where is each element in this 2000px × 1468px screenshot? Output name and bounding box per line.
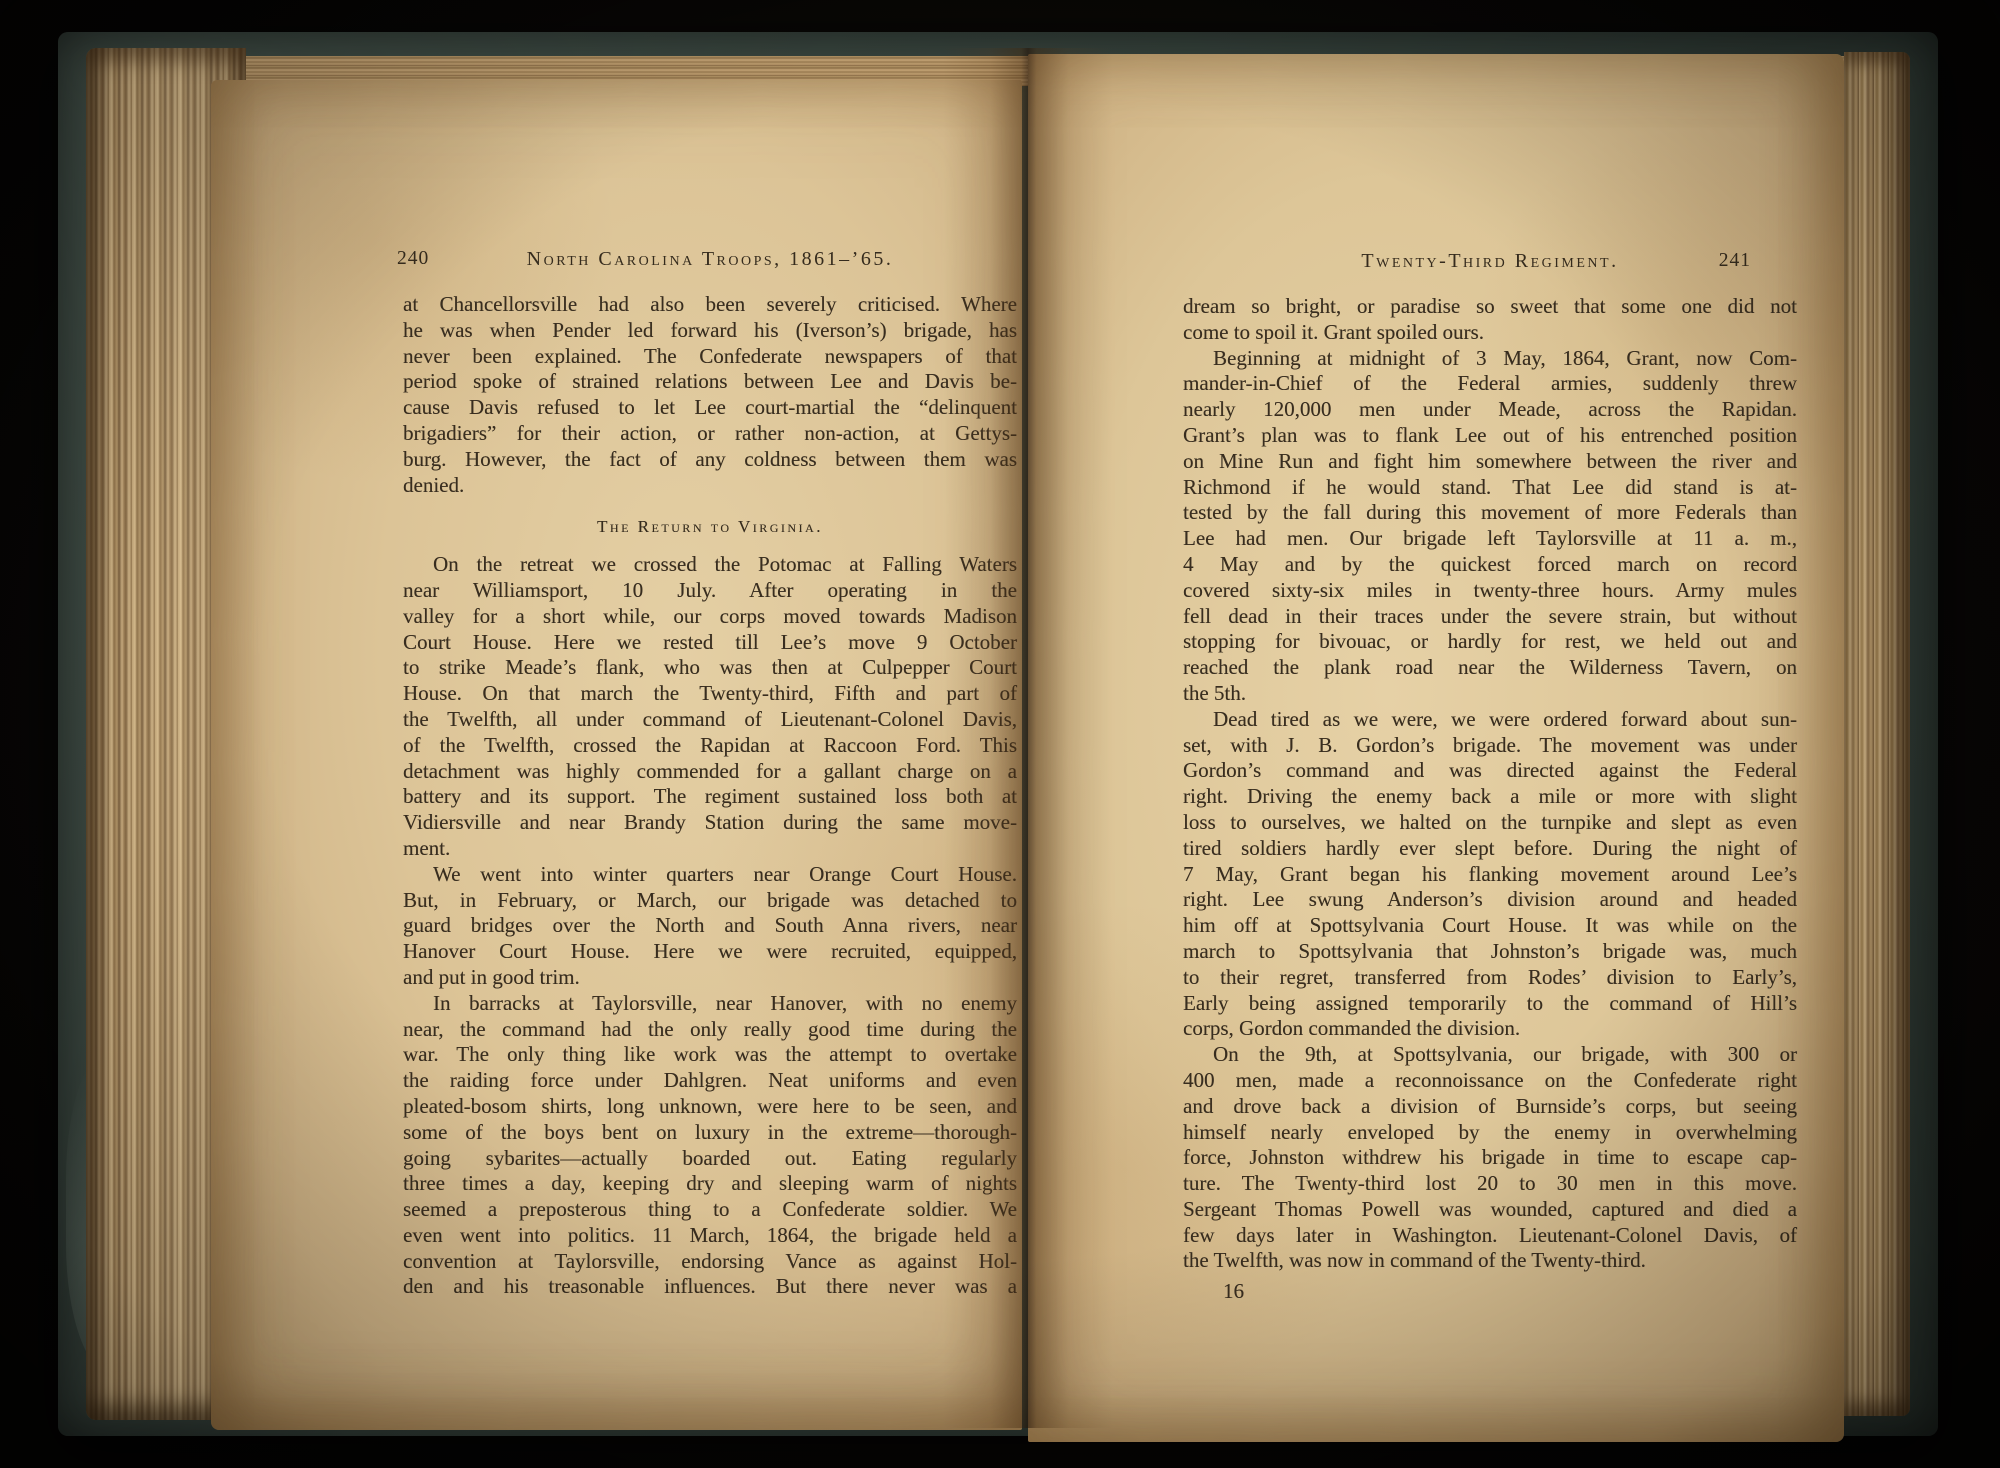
- text-line: few days later in Washington. Lieutenant…: [1183, 1223, 1797, 1249]
- text-line: stopping for bivouac, or hardly for rest…: [1183, 629, 1797, 655]
- paragraph: In barracks at Taylorsville, near Hanove…: [403, 991, 1017, 1301]
- text-line: the raiding force under Dahlgren. Neat u…: [403, 1068, 1017, 1094]
- text-line: 4 May and by the quickest forced march o…: [1183, 552, 1797, 578]
- text-line: and drove back a division of Burnside’s …: [1183, 1094, 1797, 1120]
- text-line: Lee had men. Our brigade left Taylorsvil…: [1183, 526, 1797, 552]
- page-edges-right: [1844, 52, 1910, 1416]
- text-line: Hanover Court House. Here we were recrui…: [403, 939, 1017, 965]
- text-line: cause Davis refused to let Lee court-mar…: [403, 395, 1017, 421]
- text-line: right. Driving the enemy back a mile or …: [1183, 784, 1797, 810]
- text-line: to strike Meade’s flank, who was then at…: [403, 655, 1017, 681]
- left-page-content: 240 North Carolina Troops, 1861–’65. at …: [403, 248, 1017, 1300]
- text-line: battery and its support. The regiment su…: [403, 784, 1017, 810]
- text-line: fell dead in their traces under the seve…: [1183, 604, 1797, 630]
- text-line: pleated-bosom shirts, long unknown, were…: [403, 1094, 1017, 1120]
- text-line: of the Twelfth, crossed the Rapidan at R…: [403, 733, 1017, 759]
- text-line: Court House. Here we rested till Lee’s m…: [403, 630, 1017, 656]
- text-line: We went into winter quarters near Orange…: [403, 862, 1017, 888]
- text-line: three times a day, keeping dry and sleep…: [403, 1171, 1017, 1197]
- text-line: corps, Gordon commanded the division.: [1183, 1016, 1797, 1042]
- text-line: seemed a preposterous thing to a Confede…: [403, 1197, 1017, 1223]
- text-line: brigadiers” for their action, or rather …: [403, 421, 1017, 447]
- text-line: Gordon’s command and was directed agains…: [1183, 758, 1797, 784]
- text-line: come to spoil it. Grant spoiled ours.: [1183, 320, 1797, 346]
- text-line: set, with J. B. Gordon’s brigade. The mo…: [1183, 733, 1797, 759]
- text-line: at Chancellorsville had also been severe…: [403, 292, 1017, 318]
- text-line: march to Spottsylvania that Johnston’s b…: [1183, 939, 1797, 965]
- text-line: On the retreat we crossed the Potomac at…: [403, 552, 1017, 578]
- text-line: covered sixty-six miles in twenty-three …: [1183, 578, 1797, 604]
- text-line: tired soldiers hardly ever slept before.…: [1183, 836, 1797, 862]
- left-page: 240 North Carolina Troops, 1861–’65. at …: [211, 80, 1022, 1430]
- text-line: 7 May, Grant began his flanking movement…: [1183, 862, 1797, 888]
- text-line: Dead tired as we were, we were ordered f…: [1183, 707, 1797, 733]
- text-line: mander-in-Chief of the Federal armies, s…: [1183, 371, 1797, 397]
- text-line: Early being assigned temporarily to the …: [1183, 991, 1797, 1017]
- text-line: denied.: [403, 473, 1017, 499]
- text-line: right. Lee swung Anderson’s division aro…: [1183, 887, 1797, 913]
- running-head-right: Twenty-Third Regiment. 241: [1183, 250, 1797, 280]
- book: 240 North Carolina Troops, 1861–’65. at …: [58, 32, 1938, 1436]
- text-line: nearly 120,000 men under Meade, across t…: [1183, 397, 1797, 423]
- text-line: the Twelfth, all under command of Lieute…: [403, 707, 1017, 733]
- page-number-right: 241: [1719, 250, 1751, 272]
- paragraph: We went into winter quarters near Orange…: [403, 862, 1017, 991]
- text-line: period spoke of strained relations betwe…: [403, 369, 1017, 395]
- text-line: the Twelfth, was now in command of the T…: [1183, 1248, 1797, 1274]
- section-heading: The Return to Virginia.: [403, 514, 1017, 540]
- text-line: going sybarites—actually boarded out. Ea…: [403, 1146, 1017, 1172]
- left-page-text: at Chancellorsville had also been severe…: [403, 292, 1017, 1300]
- text-line: On the 9th, at Spottsylvania, our brigad…: [1183, 1042, 1797, 1068]
- text-line: In barracks at Taylorsville, near Hanove…: [403, 991, 1017, 1017]
- text-line: the 5th.: [1183, 681, 1797, 707]
- text-line: on Mine Run and fight him somewhere betw…: [1183, 449, 1797, 475]
- text-line: guard bridges over the North and South A…: [403, 913, 1017, 939]
- paragraph: Beginning at midnight of 3 May, 1864, Gr…: [1183, 346, 1797, 707]
- text-line: loss to ourselves, we halted on the turn…: [1183, 810, 1797, 836]
- paragraph: at Chancellorsville had also been severe…: [403, 292, 1017, 498]
- running-title-right: Twenty-Third Regiment.: [1183, 250, 1797, 273]
- text-line: ture. The Twenty-third lost 20 to 30 men…: [1183, 1171, 1797, 1197]
- text-line: never been explained. The Confederate ne…: [403, 344, 1017, 370]
- right-page: Twenty-Third Regiment. 241 dream so brig…: [1028, 54, 1844, 1442]
- text-line: burg. However, the fact of any coldness …: [403, 447, 1017, 473]
- text-line: even went into politics. 11 March, 1864,…: [403, 1223, 1017, 1249]
- text-line: Richmond if he would stand. That Lee did…: [1183, 475, 1797, 501]
- text-line: convention at Taylorsville, endorsing Va…: [403, 1249, 1017, 1275]
- text-line: House. On that march the Twenty-third, F…: [403, 681, 1017, 707]
- signature-mark: 16: [1183, 1279, 1797, 1304]
- text-line: and put in good trim.: [403, 965, 1017, 991]
- text-line: detachment was highly commended for a ga…: [403, 759, 1017, 785]
- text-line: den and his treasonable influences. But …: [403, 1274, 1017, 1300]
- paragraph: dream so bright, or paradise so sweet th…: [1183, 294, 1797, 346]
- text-line: near Williamsport, 10 July. After operat…: [403, 578, 1017, 604]
- text-line: himself nearly enveloped by the enemy in…: [1183, 1120, 1797, 1146]
- photo-background: 240 North Carolina Troops, 1861–’65. at …: [0, 0, 2000, 1468]
- text-line: But, in February, or March, our brigade …: [403, 888, 1017, 914]
- paragraph: On the retreat we crossed the Potomac at…: [403, 552, 1017, 862]
- running-title-left: North Carolina Troops, 1861–’65.: [403, 248, 1017, 271]
- text-line: ment.: [403, 836, 1017, 862]
- text-line: Beginning at midnight of 3 May, 1864, Gr…: [1183, 346, 1797, 372]
- text-line: valley for a short while, our corps move…: [403, 604, 1017, 630]
- text-line: him off at Spottsylvania Court House. It…: [1183, 913, 1797, 939]
- text-line: Vidiersville and near Brandy Station dur…: [403, 810, 1017, 836]
- text-line: war. The only thing like work was the at…: [403, 1042, 1017, 1068]
- text-line: tested by the fall during this movement …: [1183, 500, 1797, 526]
- running-head-left: 240 North Carolina Troops, 1861–’65.: [403, 248, 1017, 278]
- text-line: some of the boys bent on luxury in the e…: [403, 1120, 1017, 1146]
- text-line: near, the command had the only really go…: [403, 1017, 1017, 1043]
- paragraph: Dead tired as we were, we were ordered f…: [1183, 707, 1797, 1042]
- text-line: to their regret, transferred from Rodes’…: [1183, 965, 1797, 991]
- text-line: dream so bright, or paradise so sweet th…: [1183, 294, 1797, 320]
- text-line: he was when Pender led forward his (Iver…: [403, 318, 1017, 344]
- text-line: Grant’s plan was to flank Lee out of his…: [1183, 423, 1797, 449]
- text-line: reached the plank road near the Wilderne…: [1183, 655, 1797, 681]
- text-line: 400 men, made a reconnoissance on the Co…: [1183, 1068, 1797, 1094]
- text-line: Sergeant Thomas Powell was wounded, capt…: [1183, 1197, 1797, 1223]
- paragraph: On the 9th, at Spottsylvania, our brigad…: [1183, 1042, 1797, 1274]
- right-page-text: dream so bright, or paradise so sweet th…: [1183, 294, 1797, 1274]
- text-line: force, Johnston withdrew his brigade in …: [1183, 1145, 1797, 1171]
- right-page-content: Twenty-Third Regiment. 241 dream so brig…: [1183, 250, 1797, 1304]
